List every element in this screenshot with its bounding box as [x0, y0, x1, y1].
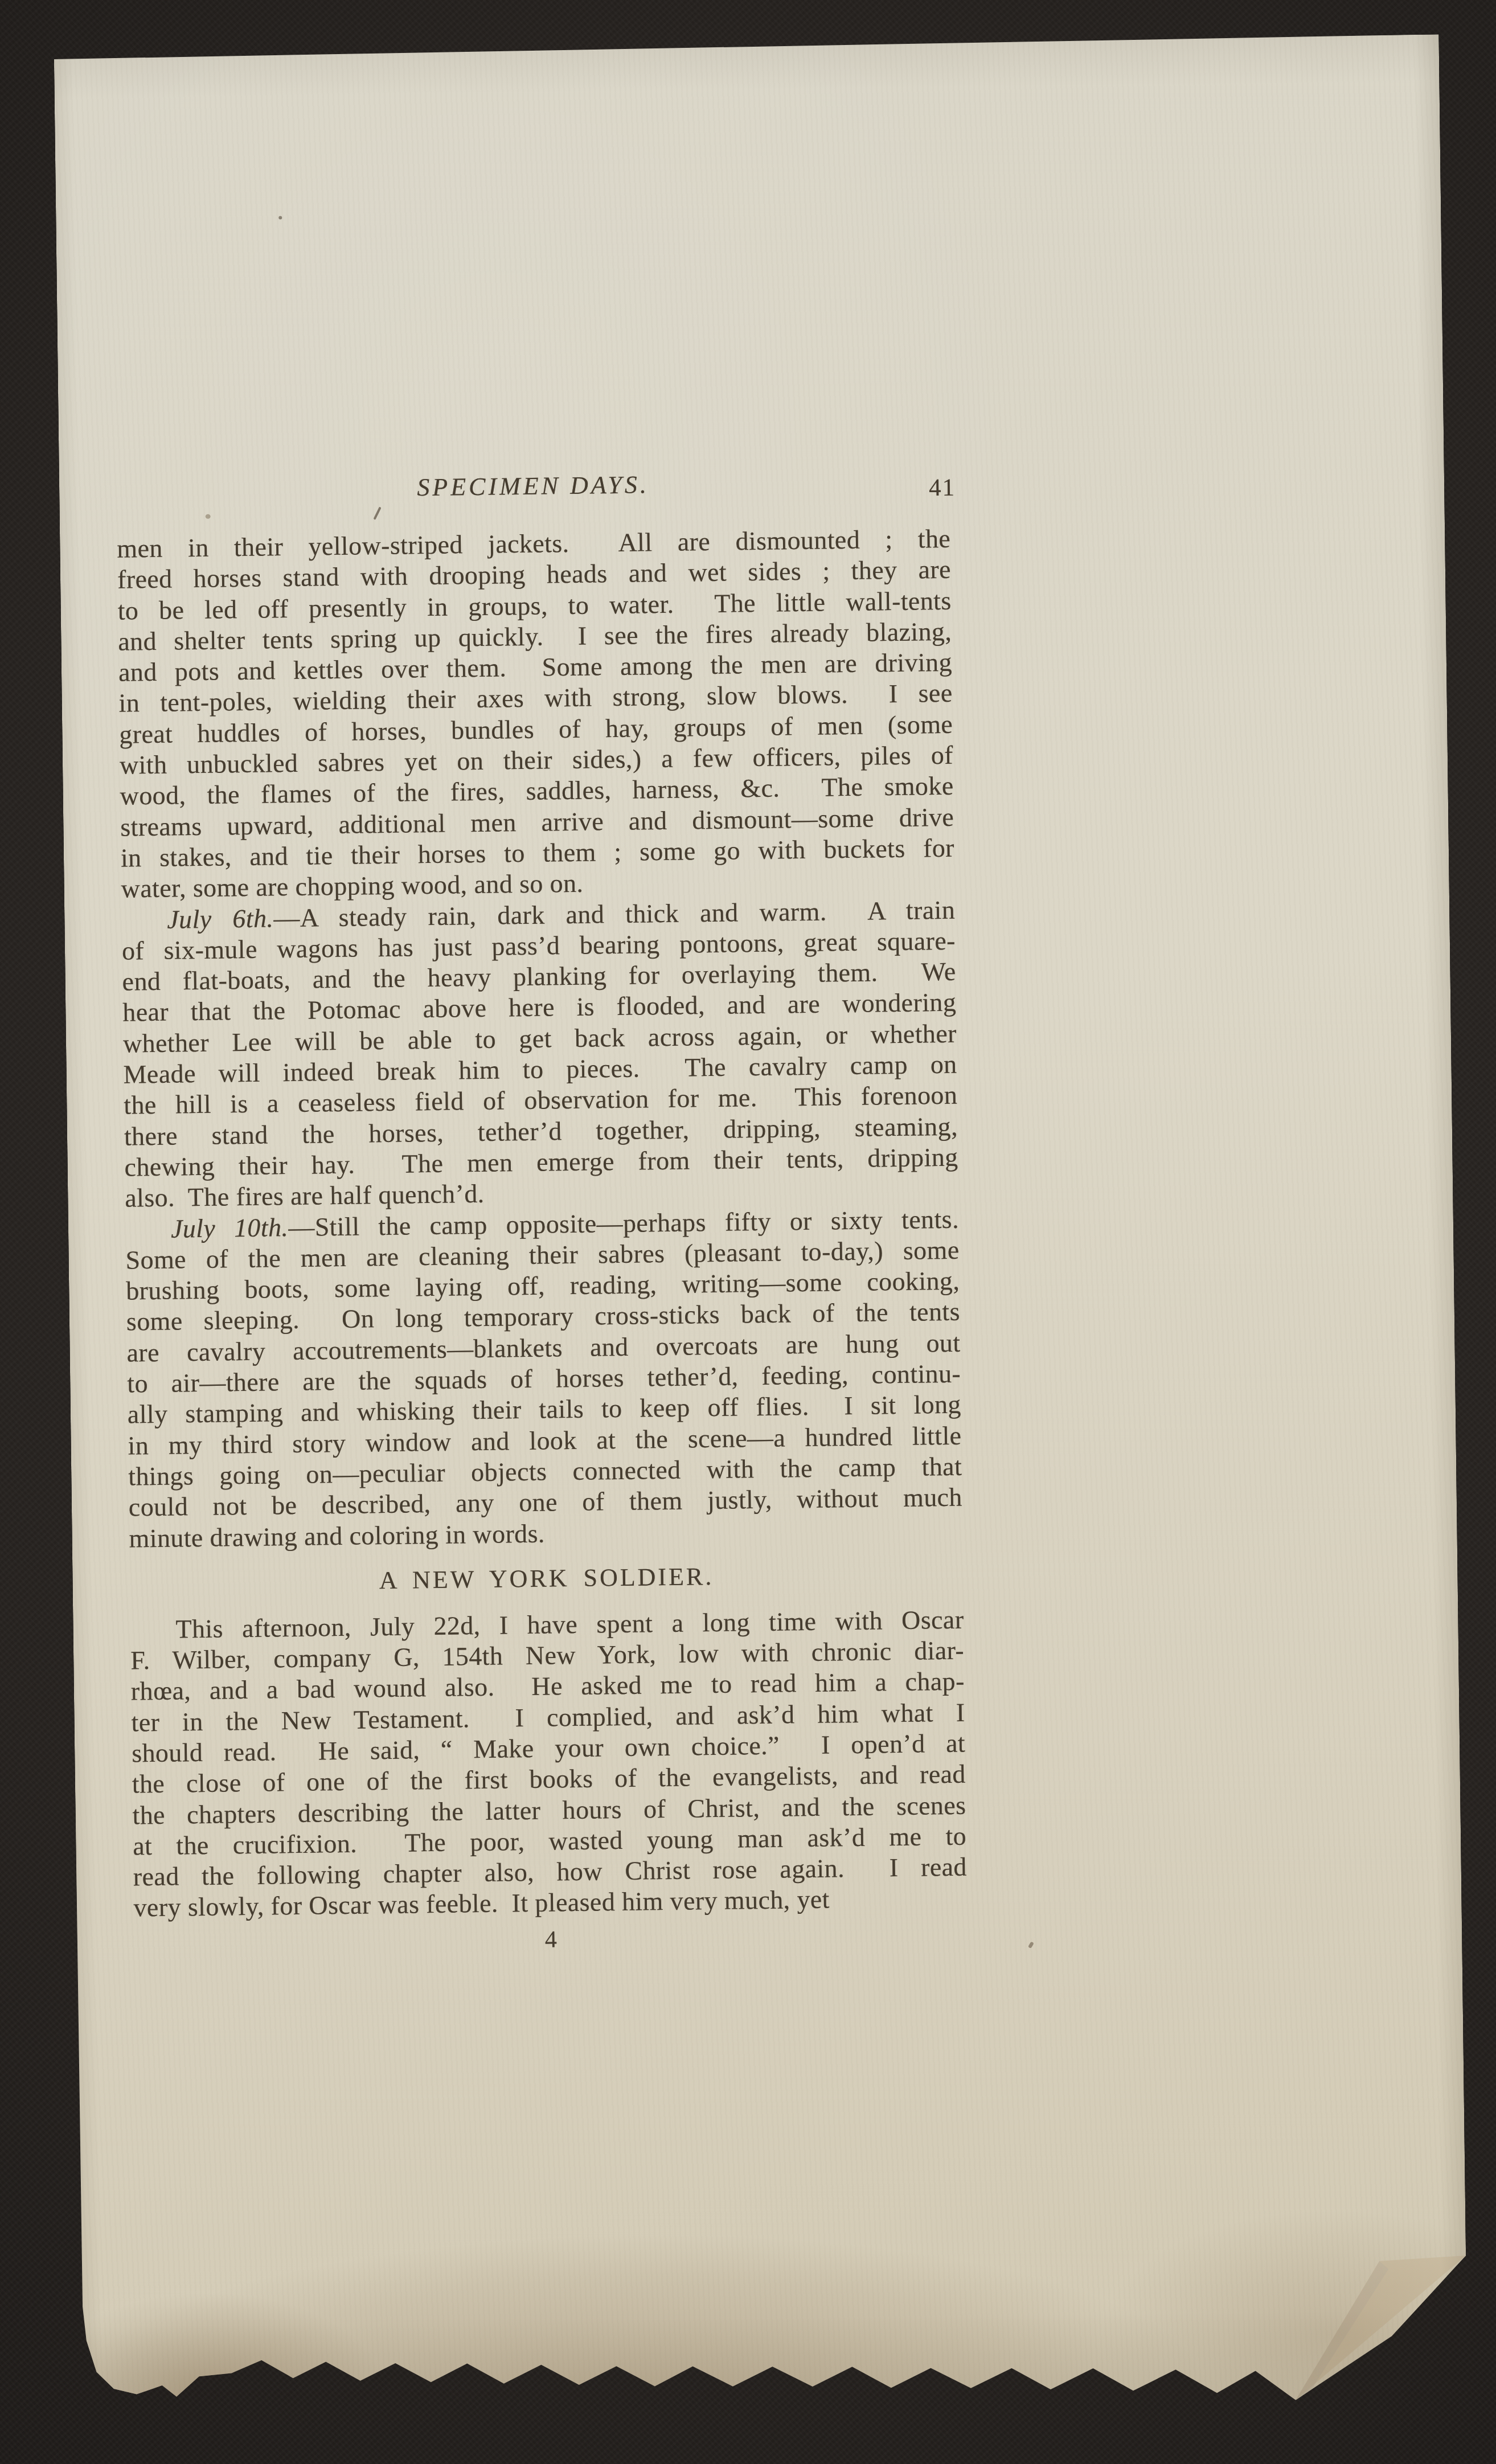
scan-mount: SPECIMEN DAYS. 41 men in their yellow-st…: [0, 0, 1496, 2464]
text-block: SPECIMEN DAYS. 41 men in their yellow-st…: [111, 40, 974, 2420]
paragraph: July 10th.—Still the camp opposite—perha…: [125, 1204, 963, 1554]
page-number: 41: [929, 473, 956, 504]
ink-speck: [278, 216, 282, 219]
signature-mark: 4: [134, 1920, 968, 1960]
running-head-title: SPECIMEN DAYS.: [116, 466, 950, 506]
paragraph: July 6th.—A steady rain, dark and thick …: [121, 894, 959, 1214]
paragraph-group-lower: This afternoon, July 22d, I have spent a…: [130, 1604, 968, 1923]
paragraph-group-upper: men in their yellow-striped jackets. All…: [117, 523, 963, 1554]
ink-speck: [206, 514, 211, 519]
body-text: men in their yellow-striped jackets. All…: [117, 523, 968, 1923]
section-heading: A NEW YORK SOLDIER.: [129, 1559, 964, 1599]
paragraph: This afternoon, July 22d, I have spent a…: [130, 1604, 968, 1923]
ink-speck: [1028, 1942, 1034, 1949]
book-page: SPECIMEN DAYS. 41 men in their yellow-st…: [54, 34, 1468, 2420]
paragraph: men in their yellow-striped jackets. All…: [117, 523, 955, 904]
